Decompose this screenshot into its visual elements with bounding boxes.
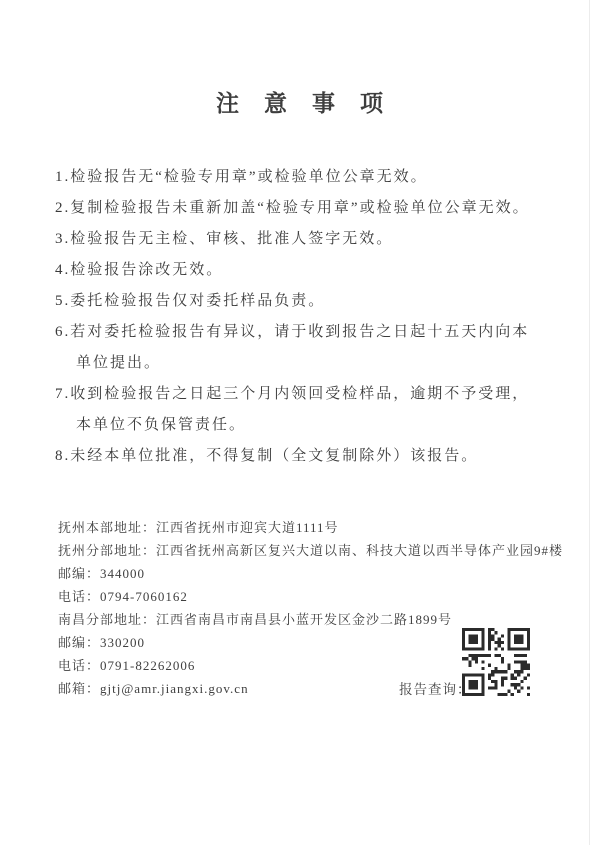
scan-edge-line bbox=[589, 0, 590, 845]
notice-item: 6.若对委托检验报告有异议，请于收到报告之日起十五天内向本单位提出。 bbox=[55, 317, 570, 379]
notice-line: 本单位不负保管责任。 bbox=[76, 410, 570, 441]
notice-item: 2.复制检验报告未重新加盖“检验专用章”或检验单位公章无效。 bbox=[55, 193, 570, 224]
contact-line: 抚州分部地址：江西省抚州高新区复兴大道以南、科技大道以西半导体产业园9#楼 bbox=[58, 539, 570, 562]
notice-item: 5.委托检验报告仅对委托样品负责。 bbox=[55, 286, 570, 317]
notice-item: 7.收到检验报告之日起三个月内领回受检样品，逾期不予受理，本单位不负保管责任。 bbox=[55, 379, 570, 441]
notice-line: 1.检验报告无“检验专用章”或检验单位公章无效。 bbox=[55, 162, 570, 193]
notice-item: 1.检验报告无“检验专用章”或检验单位公章无效。 bbox=[55, 162, 570, 193]
report-query-label: 报告查询： bbox=[399, 678, 472, 698]
contact-line: 邮编：344000 bbox=[58, 562, 570, 585]
notice-item: 8.未经本单位批准，不得复制（全文复制除外）该报告。 bbox=[55, 441, 570, 472]
notice-line: 2.复制检验报告未重新加盖“检验专用章”或检验单位公章无效。 bbox=[55, 193, 570, 224]
notice-page: 注 意 事 项 1.检验报告无“检验专用章”或检验单位公章无效。2.复制检验报告… bbox=[0, 0, 600, 845]
notice-item: 4.检验报告涂改无效。 bbox=[55, 255, 570, 286]
notice-line: 4.检验报告涂改无效。 bbox=[55, 255, 570, 286]
page-title: 注 意 事 项 bbox=[0, 91, 600, 117]
notice-line: 8.未经本单位批准，不得复制（全文复制除外）该报告。 bbox=[55, 441, 570, 472]
notice-line: 3.检验报告无主检、审核、批准人签字无效。 bbox=[55, 224, 570, 255]
contact-line: 电话：0794-7060162 bbox=[58, 585, 570, 608]
notice-line: 单位提出。 bbox=[76, 348, 570, 379]
notice-line: 5.委托检验报告仅对委托样品负责。 bbox=[55, 286, 570, 317]
report-query-qrcode bbox=[462, 628, 530, 696]
notice-list: 1.检验报告无“检验专用章”或检验单位公章无效。2.复制检验报告未重新加盖“检验… bbox=[55, 162, 570, 472]
contact-line: 抚州本部地址：江西省抚州市迎宾大道1111号 bbox=[58, 516, 570, 539]
notice-item: 3.检验报告无主检、审核、批准人签字无效。 bbox=[55, 224, 570, 255]
notice-line: 6.若对委托检验报告有异议，请于收到报告之日起十五天内向本 bbox=[55, 317, 570, 348]
notice-line: 7.收到检验报告之日起三个月内领回受检样品，逾期不予受理， bbox=[55, 379, 570, 410]
